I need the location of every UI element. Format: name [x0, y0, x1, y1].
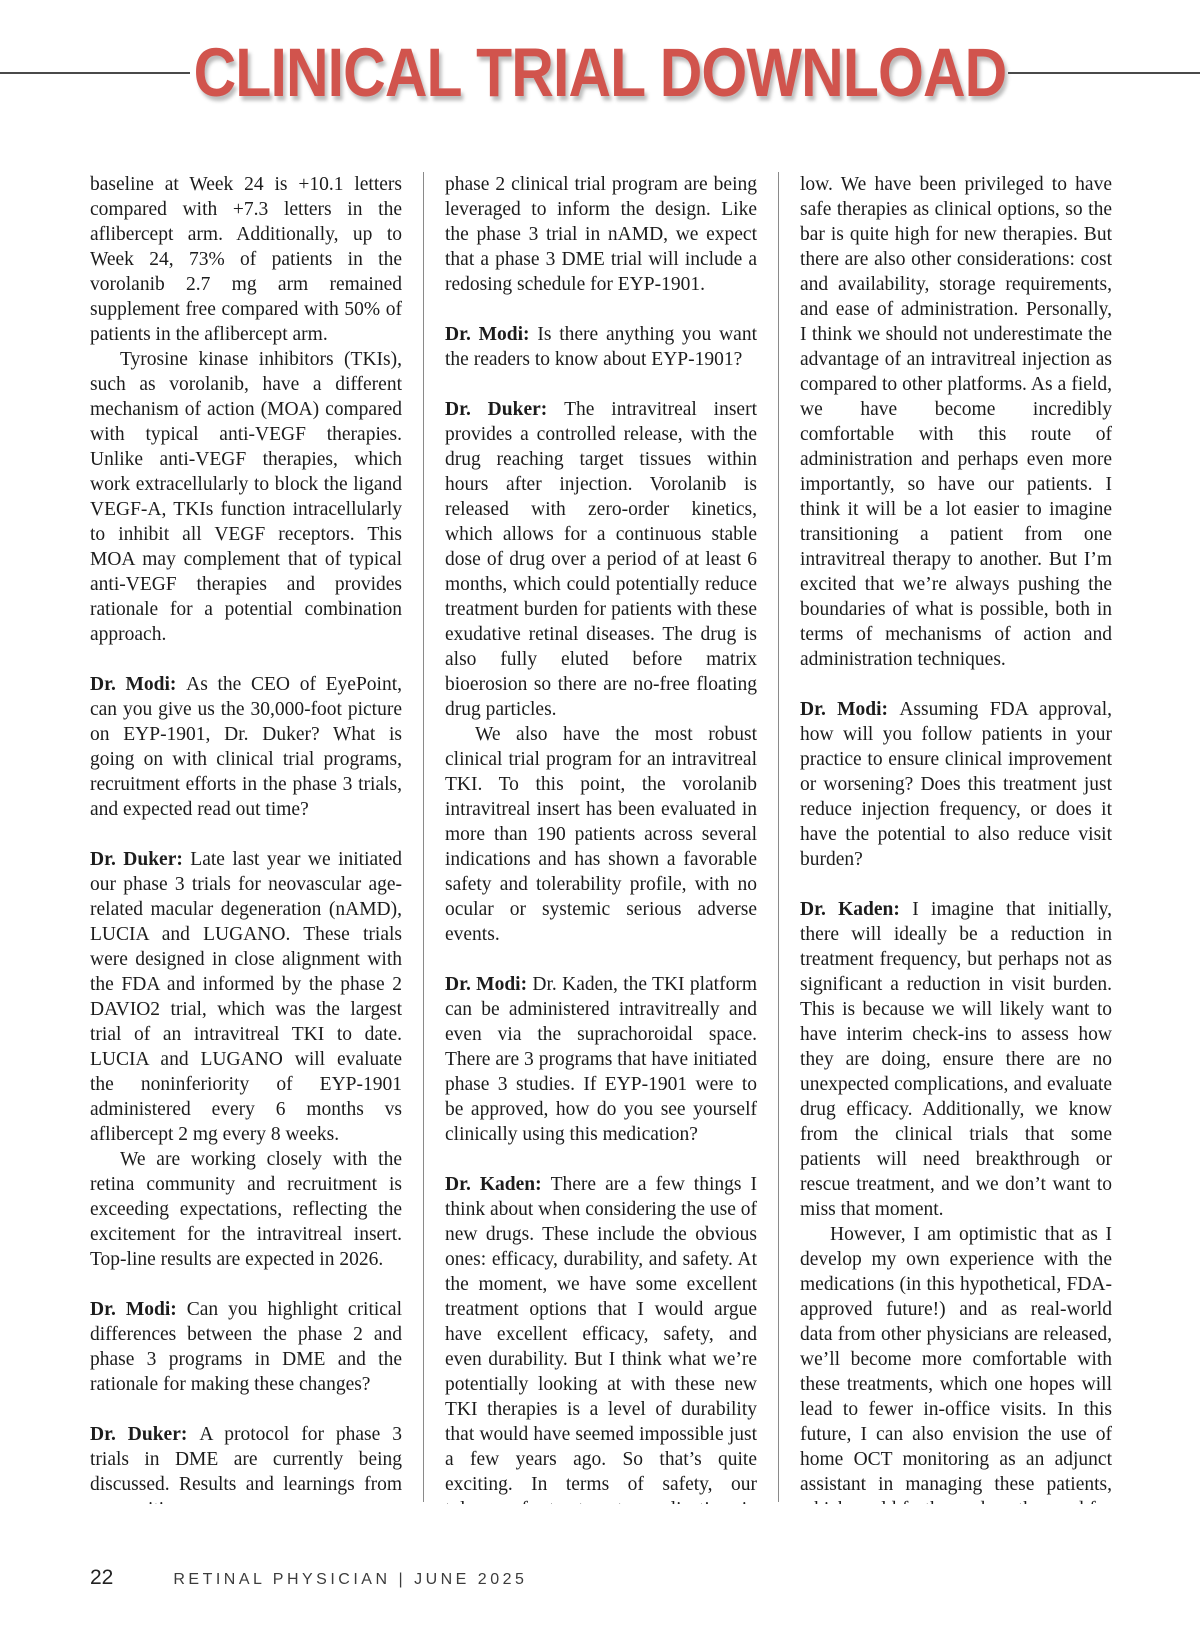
speaker-name: Dr. Modi: — [90, 674, 186, 695]
paragraph: Dr. Kaden: There are a few things I thin… — [445, 1172, 757, 1504]
page-number: 22 — [90, 1566, 113, 1590]
article-column-3: low. We have been privileged to have saf… — [800, 172, 1112, 1504]
paragraph: We also have the most robust clinical tr… — [445, 722, 757, 947]
journal-name: RETINAL PHYSICIAN | JUNE 2025 — [173, 1571, 527, 1589]
masthead: CLINICAL TRIAL DOWNLOAD — [0, 0, 1200, 140]
paragraph: Dr. Modi: Dr. Kaden, the TKI platform ca… — [445, 972, 757, 1147]
column-divider — [778, 172, 779, 1502]
paragraph: baseline at Week 24 is +10.1 letters com… — [90, 172, 402, 347]
paragraph: phase 2 clinical trial program are being… — [445, 172, 757, 297]
speaker-name: Dr. Modi: — [90, 1299, 187, 1320]
paragraph: Dr. Modi: As the CEO of EyePoint, can yo… — [90, 672, 402, 822]
paragraph: low. We have been privileged to have saf… — [800, 172, 1112, 672]
page-title: CLINICAL TRIAL DOWNLOAD — [72, 34, 1128, 113]
speaker-name: Dr. Duker: — [90, 1424, 199, 1445]
paragraph: Dr. Kaden: I imagine that initially, the… — [800, 897, 1112, 1222]
paragraph: Dr. Modi: Can you highlight critical dif… — [90, 1297, 402, 1397]
speaker-name: Dr. Duker: — [445, 399, 564, 420]
speaker-name: Dr. Duker: — [90, 849, 190, 870]
article-columns: baseline at Week 24 is +10.1 letters com… — [90, 172, 1112, 1504]
paragraph: Dr. Duker: The intravitreal insert provi… — [445, 397, 757, 722]
paragraph: Tyrosine kinase inhibitors (TKIs), such … — [90, 347, 402, 647]
speaker-name: Dr. Modi: — [800, 699, 899, 720]
speaker-name: Dr. Kaden: — [445, 1174, 551, 1195]
column-divider — [423, 172, 424, 1502]
paragraph: We are working closely with the retina c… — [90, 1147, 402, 1272]
speaker-name: Dr. Kaden: — [800, 899, 912, 920]
speaker-name: Dr. Modi: — [445, 324, 537, 345]
article-column-1: baseline at Week 24 is +10.1 letters com… — [90, 172, 402, 1504]
paragraph: Dr. Duker: Late last year we initiated o… — [90, 847, 402, 1147]
article-column-2: phase 2 clinical trial program are being… — [445, 172, 757, 1504]
paragraph: However, I am optimistic that as I devel… — [800, 1222, 1112, 1504]
header-rule-right — [1008, 72, 1200, 74]
paragraph: Dr. Duker: A protocol for phase 3 trials… — [90, 1422, 402, 1504]
magazine-page: CLINICAL TRIAL DOWNLOAD baseline at Week… — [0, 0, 1200, 1632]
speaker-name: Dr. Modi: — [445, 974, 532, 995]
paragraph: Dr. Modi: Is there anything you want the… — [445, 322, 757, 372]
paragraph: Dr. Modi: Assuming FDA approval, how wil… — [800, 697, 1112, 872]
page-footer: 22 RETINAL PHYSICIAN | JUNE 2025 — [90, 1566, 527, 1590]
